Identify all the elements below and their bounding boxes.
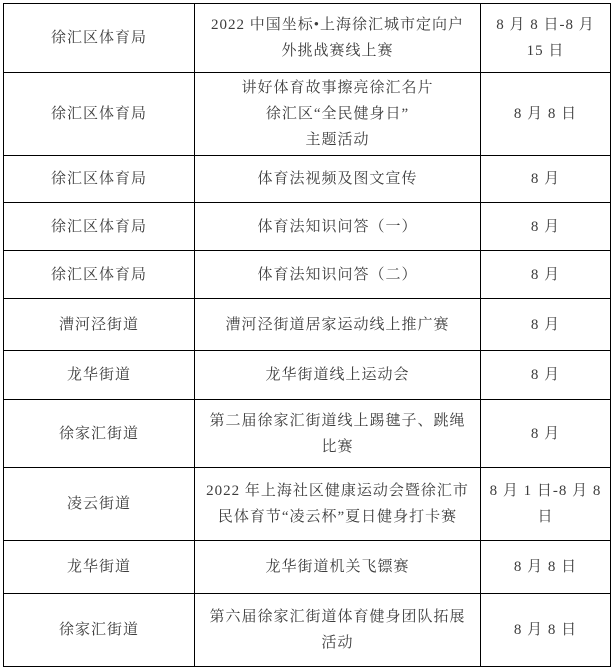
org-cell: 徐汇区体育局 [4,4,195,73]
event-cell: 第二届徐家汇街道线上踢毽子、跳绳 比赛 [195,400,481,468]
events-table: 徐汇区体育局2022 中国坐标•上海徐汇城市定向户 外挑战赛线上赛8 月 8 日… [3,3,611,667]
date-cell: 8 月 8 日-8 月 15 日 [481,4,611,73]
event-cell: 龙华街道机关飞镖赛 [195,541,481,594]
event-cell: 龙华街道线上运动会 [195,351,481,400]
event-cell: 2022 中国坐标•上海徐汇城市定向户 外挑战赛线上赛 [195,4,481,73]
org-cell: 徐汇区体育局 [4,251,195,299]
table-row: 徐汇区体育局体育法视频及图文宣传8 月 [4,156,611,203]
date-cell: 8 月 [481,351,611,400]
table-row: 徐家汇街道第二届徐家汇街道线上踢毽子、跳绳 比赛8 月 [4,400,611,468]
table-row: 徐汇区体育局2022 中国坐标•上海徐汇城市定向户 外挑战赛线上赛8 月 8 日… [4,4,611,73]
org-cell: 徐汇区体育局 [4,203,195,251]
table-row: 龙华街道龙华街道机关飞镖赛8 月 8 日 [4,541,611,594]
date-cell: 8 月 [481,400,611,468]
org-cell: 徐汇区体育局 [4,156,195,203]
date-cell: 8 月 [481,203,611,251]
date-cell: 8 月 [481,251,611,299]
date-cell: 8 月 1 日-8 月 8 日 [481,468,611,541]
org-cell: 漕河泾街道 [4,299,195,351]
table-row: 徐汇区体育局体育法知识问答（二）8 月 [4,251,611,299]
org-cell: 徐家汇街道 [4,400,195,468]
event-cell: 体育法知识问答（二） [195,251,481,299]
org-cell: 徐家汇街道 [4,594,195,667]
table-row: 漕河泾街道漕河泾街道居家运动线上推广赛8 月 [4,299,611,351]
event-cell: 讲好体育故事擦亮徐汇名片 徐汇区“全民健身日” 主题活动 [195,73,481,156]
org-cell: 徐汇区体育局 [4,73,195,156]
date-cell: 8 月 [481,156,611,203]
event-cell: 体育法视频及图文宣传 [195,156,481,203]
date-cell: 8 月 8 日 [481,541,611,594]
date-cell: 8 月 8 日 [481,594,611,667]
event-cell: 2022 年上海社区健康运动会暨徐汇市 民体育节“凌云杯”夏日健身打卡赛 [195,468,481,541]
table-row: 徐汇区体育局体育法知识问答（一）8 月 [4,203,611,251]
table-row: 龙华街道龙华街道线上运动会8 月 [4,351,611,400]
date-cell: 8 月 [481,299,611,351]
table-row: 凌云街道2022 年上海社区健康运动会暨徐汇市 民体育节“凌云杯”夏日健身打卡赛… [4,468,611,541]
date-cell: 8 月 8 日 [481,73,611,156]
table-row: 徐家汇街道第六届徐家汇街道体育健身团队拓展 活动8 月 8 日 [4,594,611,667]
table-row: 徐汇区体育局讲好体育故事擦亮徐汇名片 徐汇区“全民健身日” 主题活动8 月 8 … [4,73,611,156]
org-cell: 龙华街道 [4,351,195,400]
org-cell: 凌云街道 [4,468,195,541]
events-table-body: 徐汇区体育局2022 中国坐标•上海徐汇城市定向户 外挑战赛线上赛8 月 8 日… [4,4,611,667]
event-cell: 漕河泾街道居家运动线上推广赛 [195,299,481,351]
org-cell: 龙华街道 [4,541,195,594]
event-cell: 第六届徐家汇街道体育健身团队拓展 活动 [195,594,481,667]
event-cell: 体育法知识问答（一） [195,203,481,251]
